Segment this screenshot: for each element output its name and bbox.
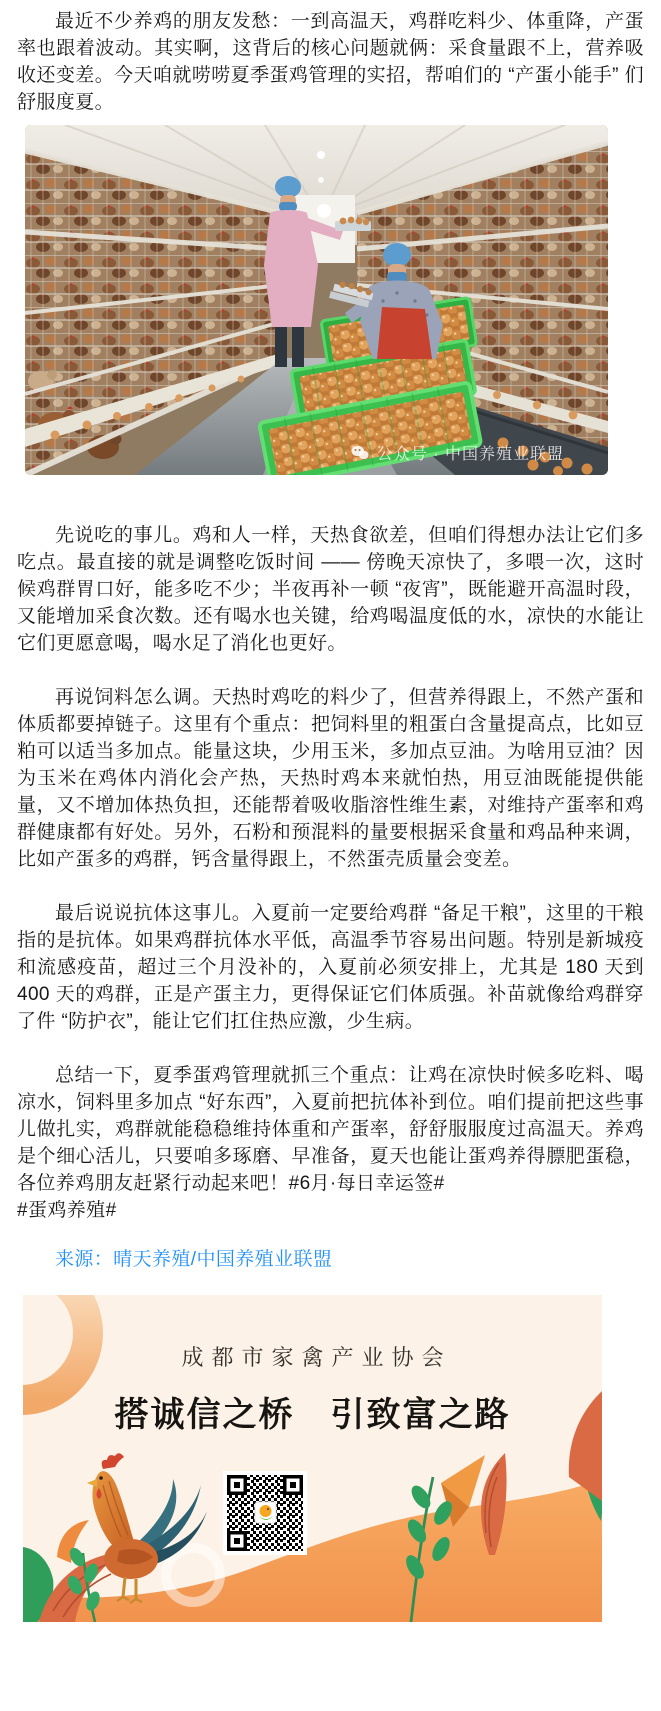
banner-org-name: 成都市家禽产业协会 bbox=[23, 1341, 602, 1372]
association-banner: 成都市家禽产业协会 搭诚信之桥 引致富之路 bbox=[23, 1295, 602, 1622]
rooster-illustration bbox=[87, 1453, 207, 1603]
article-page: 最近不少养鸡的朋友发愁：一到高温天，鸡群吃料少、体重降，产蛋率也跟着波动。其实啊… bbox=[0, 0, 661, 1684]
ceiling-light bbox=[318, 177, 324, 183]
paragraph-antibody: 最后说说抗体这事儿。入夏前一定要给鸡群 “备足干粮”，这里的干粮指的是抗体。如果… bbox=[17, 900, 644, 1035]
poultry-house-illustration bbox=[25, 125, 608, 475]
ceiling-light bbox=[317, 151, 325, 159]
hashtag-line: #蛋鸡养殖# bbox=[17, 1197, 644, 1224]
paragraph-feeding: 先说吃的事儿。鸡和人一样，天热食欲差，但咱们得想办法让它们多吃点。最直接的就是调… bbox=[17, 522, 644, 657]
paragraph-feed-formula: 再说饲料怎么调。天热时鸡吃的料少了，但营养得跟上，不然产蛋和体质都要掉链子。这里… bbox=[17, 684, 644, 873]
qr-code bbox=[223, 1471, 307, 1555]
wechat-icon bbox=[350, 443, 370, 463]
paragraph-intro: 最近不少养鸡的朋友发愁：一到高温天，鸡群吃料少、体重降，产蛋率也跟着波动。其实啊… bbox=[17, 8, 644, 116]
photo-watermark: 公众号 · 中国养殖业联盟 bbox=[350, 441, 564, 464]
photo-watermark-text: 公众号 · 中国养殖业联盟 bbox=[377, 441, 564, 464]
banner-slogan: 搭诚信之桥 引致富之路 bbox=[23, 1387, 602, 1436]
source-line[interactable]: 来源：晴天养殖/中国养殖业联盟 bbox=[17, 1246, 644, 1273]
paragraph-summary: 总结一下，夏季蛋鸡管理就抓三个重点：让鸡在凉快时候多吃料、喝凉水，饲料里多加点 … bbox=[17, 1062, 644, 1197]
farm-photo: 公众号 · 中国养殖业联盟 bbox=[25, 125, 608, 475]
